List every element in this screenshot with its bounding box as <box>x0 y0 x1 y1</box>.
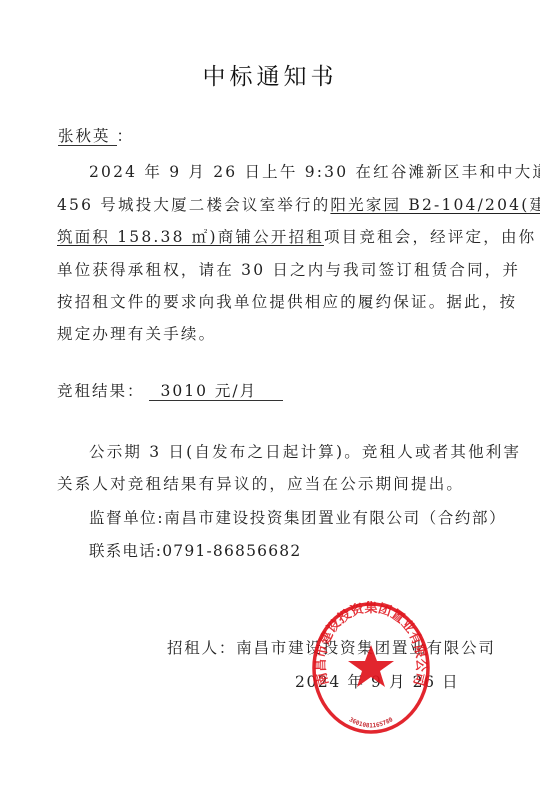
paragraph1-line5: 按招租文件的要求向我单位提供相应的履约保证。据此，按 <box>57 290 517 312</box>
recipient-name: 张秋英 <box>58 127 117 146</box>
venue-text: 456 号城投大厦二楼会议室举行的 <box>57 196 330 214</box>
result-label: 竞租结果： <box>57 382 145 400</box>
paragraph2-line2: 关系人对竞租结果有异议的，应当在公示期间提出。 <box>57 472 464 494</box>
recipient-colon: ： <box>117 127 135 145</box>
seal-star-icon <box>348 645 394 687</box>
evaluation-text: 项目竞租会，经评定，由你 <box>324 228 536 246</box>
project-name-part1: 阳光家园 B2-104/204(建 <box>330 196 540 214</box>
contact-phone: 联系电话:0791-86856682 <box>89 539 301 561</box>
paragraph1-line2: 456 号城投大厦二楼会议室举行的阳光家园 B2-104/204(建 <box>57 193 540 215</box>
paragraph1-line4: 单位获得承租权，请在 30 日之内与我司签订租赁合同，并 <box>57 258 520 280</box>
company-seal: 南昌市建设投资集团置业有限公司 3601081165780 <box>311 601 431 735</box>
paragraph2-line1: 公示期 3 日(自发布之日起计算)。竞租人或者其他利害 <box>89 440 521 462</box>
paragraph1-line3: 筑面积 158.38 ㎡)商铺公开招租项目竞租会，经评定，由你 <box>57 225 536 247</box>
document-title: 中标通知书 <box>0 58 540 91</box>
paragraph1-line1: 2024 年 9 月 26 日上午 9:30 在红谷滩新区丰和中大道 <box>89 160 540 182</box>
bid-result: 竞租结果：3010 元/月 <box>57 379 283 401</box>
supervisor-unit: 监督单位:南昌市建设投资集团置业有限公司（合约部） <box>89 506 506 528</box>
paragraph1-line6: 规定办理有关手续。 <box>57 322 216 344</box>
result-value: 3010 元/月 <box>149 382 284 401</box>
svg-text:3601081165780: 3601081165780 <box>348 716 395 729</box>
recipient-line: 张秋英： <box>58 124 134 146</box>
seal-code: 3601081165780 <box>348 716 395 729</box>
project-name-part2: 筑面积 158.38 ㎡)商铺公开招租 <box>57 228 324 246</box>
